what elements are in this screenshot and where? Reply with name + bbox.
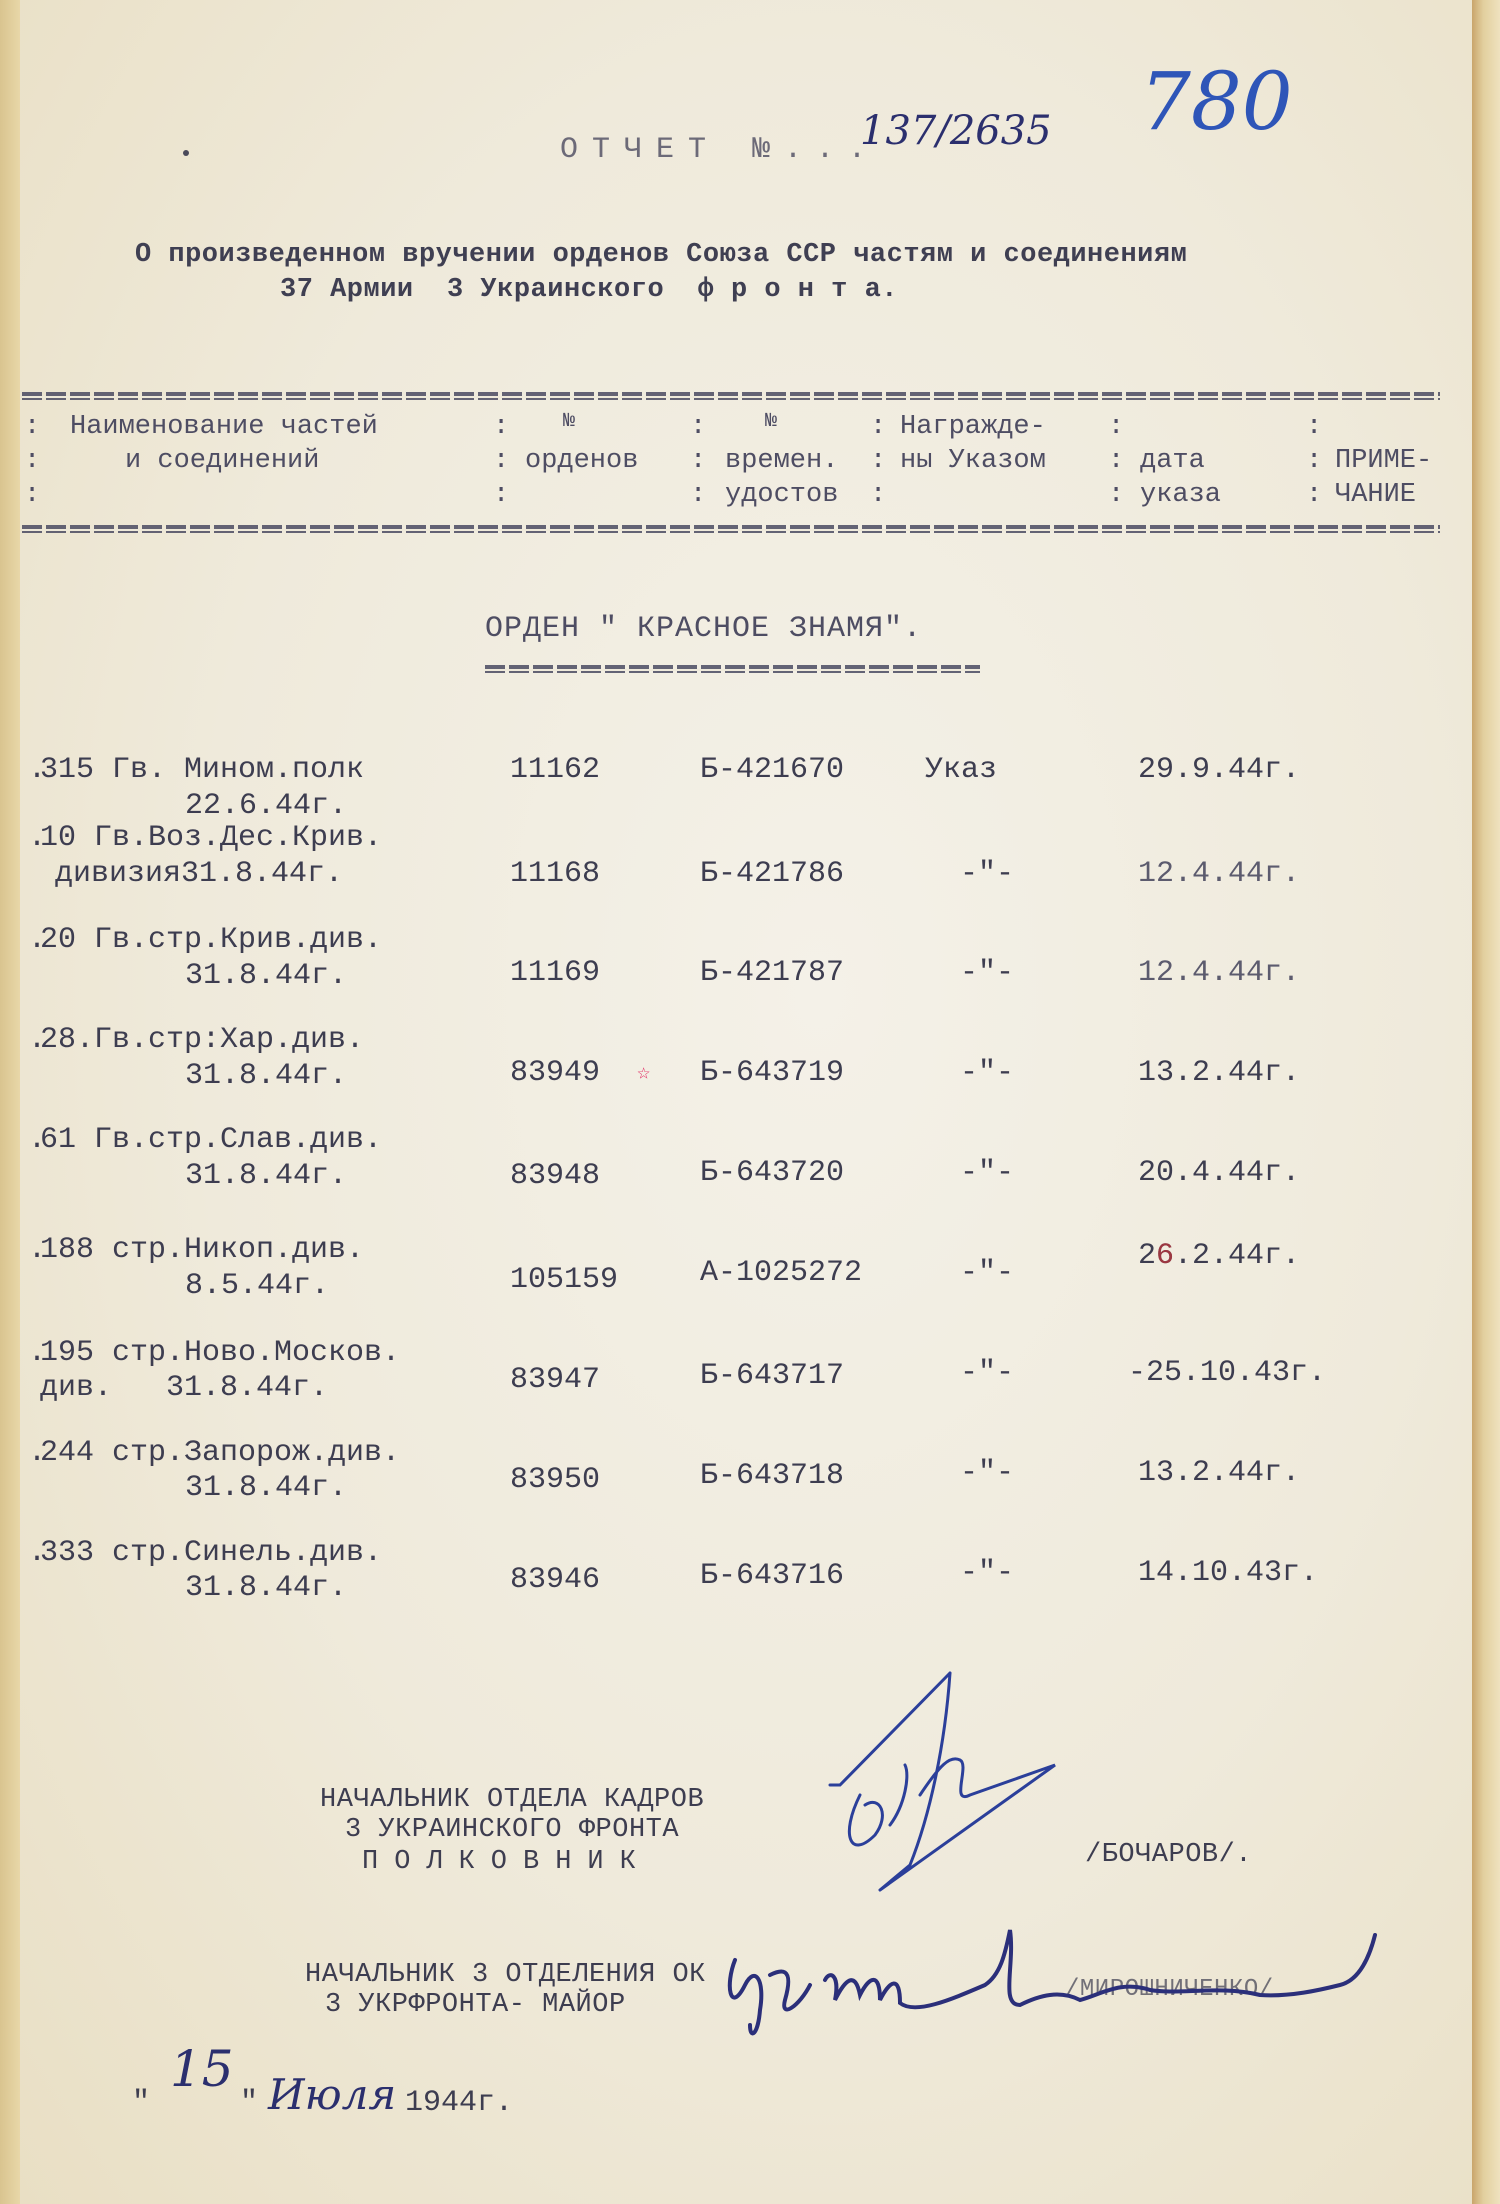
header-separator: :::	[1108, 410, 1124, 512]
row-2-order-no: 11169	[510, 955, 600, 991]
row-7-order-no: 83950	[510, 1462, 600, 1498]
row-1-unit-line2: дивизия31.8.44г.	[55, 856, 343, 892]
header-col-unit-line1: Наименование частей	[70, 410, 378, 444]
row-8-decree-date: 14.10.43г.	[1138, 1555, 1318, 1591]
section-title-underline	[485, 665, 980, 673]
row-2-cert-no: Б-421787	[700, 955, 844, 991]
row-6-decree-date: -25.10.43г.	[1128, 1355, 1326, 1391]
date-month-handwritten: Июля	[268, 2070, 396, 2119]
header-separator: :::	[493, 410, 509, 512]
date-day-handwritten: 15	[170, 2040, 234, 2098]
row-0-unit-line2: 22.6.44г.	[185, 788, 347, 824]
row-4-cert-no: Б-643720	[700, 1155, 844, 1191]
row-0-awarded-by: Указ	[925, 752, 997, 788]
row-6-unit-line2: див. 31.8.44г.	[40, 1370, 328, 1406]
signatory-1-title-line2: 3 УКРАИНСКОГО ФРОНТА	[345, 1815, 679, 1845]
row-5-unit-line2: 8.5.44г.	[185, 1268, 329, 1304]
header-col-note-line1: ПРИМЕ-	[1335, 444, 1432, 478]
signatory-2-title-line2: 3 УКРФРОНТА- МАЙОР	[325, 1990, 626, 2020]
row-0-unit-line1: 315 Гв. Мином.полк	[40, 752, 364, 788]
red-pencil-correction: 6	[1156, 1238, 1174, 1274]
header-col-date-line1: дата	[1140, 444, 1205, 478]
header-col-unit-line2: и соединений	[125, 444, 319, 478]
section-title-order-red-banner: ОРДЕН " КРАСНОЕ ЗНАМЯ".	[485, 612, 922, 646]
row-7-decree-date: 13.2.44г.	[1138, 1455, 1300, 1491]
header-col-note-line2: ЧАНИЕ	[1335, 478, 1416, 512]
row-1-decree-date: 12.4.44г.	[1138, 856, 1300, 892]
page-binding-edge	[0, 0, 20, 2204]
report-subtitle-line1: О произведенном вручении орденов Союза С…	[135, 240, 1187, 270]
row-6-cert-no: Б-643717	[700, 1358, 844, 1394]
row-2-unit-line2: 31.8.44г.	[185, 958, 347, 994]
signature-2-handwritten	[720, 1925, 1400, 2045]
row-8-awarded-by: -"-	[960, 1555, 1014, 1591]
row-8-order-no: 83946	[510, 1562, 600, 1598]
header-col-awarded-line1: Награжде-	[900, 410, 1046, 444]
row-6-awarded-by: -"-	[960, 1355, 1014, 1391]
row-5-cert-no: А-1025272	[700, 1255, 862, 1291]
header-col-date-line2: указа	[1140, 478, 1221, 512]
date-year: 1944г.	[405, 2085, 513, 2121]
row-8-unit-line2: 31.8.44г.	[185, 1570, 347, 1606]
handwritten-corner-number: 780	[1140, 55, 1293, 148]
red-star-mark-icon: ☆	[637, 1060, 650, 1086]
row-1-awarded-by: -"-	[960, 856, 1014, 892]
signatory-1-rank: ПОЛКОВНИК	[362, 1847, 652, 1877]
header-col-cert-line2: времен.	[725, 444, 838, 478]
row-7-awarded-by: -"-	[960, 1455, 1014, 1491]
row-4-unit-line1: 61 Гв.стр.Слав.див.	[40, 1122, 382, 1158]
row-4-decree-date: 20.4.44г.	[1138, 1155, 1300, 1191]
row-3-unit-line1: 28.Гв.стр:Хар.див.	[40, 1022, 364, 1058]
row-1-unit-line1: 10 Гв.Воз.Дес.Крив.	[40, 820, 382, 856]
row-2-unit-line1: 20 Гв.стр.Крив.див.	[40, 922, 382, 958]
row-8-unit-line1: 333 стр.Синель.див.	[40, 1535, 382, 1571]
report-subtitle-line2: 37 Армии 3 Украинского ф р о н т а.	[280, 275, 898, 305]
header-col-order-line2: орденов	[525, 444, 638, 478]
row-0-order-no: 11162	[510, 752, 600, 788]
header-col-awarded-line2: ны Указом	[900, 444, 1046, 478]
signatory-1-name: /БОЧАРОВ/.	[1085, 1840, 1252, 1870]
date-close-quote: "	[240, 2085, 258, 2121]
row-5-unit-line1: 188 стр.Никоп.див.	[40, 1232, 364, 1268]
stray-dot	[183, 150, 189, 156]
document-page	[20, 0, 1472, 2204]
row-4-awarded-by: -"-	[960, 1155, 1014, 1191]
header-top-rule	[22, 392, 1440, 400]
row-6-order-no: 83947	[510, 1362, 600, 1398]
date-open-quote: "	[132, 2085, 150, 2121]
row-5-order-no: 105159	[510, 1262, 618, 1298]
row-2-awarded-by: -"-	[960, 955, 1014, 991]
row-4-order-no: 83948	[510, 1158, 600, 1194]
row-4-unit-line2: 31.8.44г.	[185, 1158, 347, 1194]
header-separator: :::	[870, 410, 886, 512]
header-bottom-rule	[22, 525, 1440, 533]
header-left-marks: :::	[24, 410, 40, 512]
row-7-cert-no: Б-643718	[700, 1458, 844, 1494]
row-1-order-no: 11168	[510, 856, 600, 892]
header-separator: :::	[690, 410, 706, 512]
page-right-edge	[1472, 0, 1500, 2204]
row-3-awarded-by: -"-	[960, 1055, 1014, 1091]
signatory-1-title-line1: НАЧАЛЬНИК ОТДЕЛА КАДРОВ	[320, 1785, 704, 1815]
signatory-2-title-line1: НАЧАЛЬНИК 3 ОТДЕЛЕНИЯ ОК	[305, 1960, 706, 1990]
row-1-cert-no: Б-421786	[700, 856, 844, 892]
header-col-cert-line3: удостов	[725, 478, 838, 512]
row-6-unit-line1: 195 стр.Ново.Москов.	[40, 1335, 400, 1371]
row-0-decree-date: 29.9.44г.	[1138, 752, 1300, 788]
handwritten-report-number: 137/2635	[860, 108, 1052, 154]
signature-1-handwritten	[820, 1665, 1080, 1895]
row-7-unit-line2: 31.8.44г.	[185, 1470, 347, 1506]
row-2-decree-date: 12.4.44г.	[1138, 955, 1300, 991]
row-7-unit-line1: 244 стр.Запорож.див.	[40, 1435, 400, 1471]
header-col-order-line1: №	[563, 405, 575, 439]
row-0-cert-no: Б-421670	[700, 752, 844, 788]
report-title: ОТЧЕТ №...	[560, 133, 880, 167]
row-5-awarded-by: -"-	[960, 1255, 1014, 1291]
header-separator: :::	[1306, 410, 1322, 512]
header-col-cert-line1: №	[765, 405, 777, 439]
row-3-unit-line2: 31.8.44г.	[185, 1058, 347, 1094]
row-3-decree-date: 13.2.44г.	[1138, 1055, 1300, 1091]
row-8-cert-no: Б-643716	[700, 1558, 844, 1594]
row-3-order-no: 83949	[510, 1055, 600, 1091]
row-3-cert-no: Б-643719	[700, 1055, 844, 1091]
